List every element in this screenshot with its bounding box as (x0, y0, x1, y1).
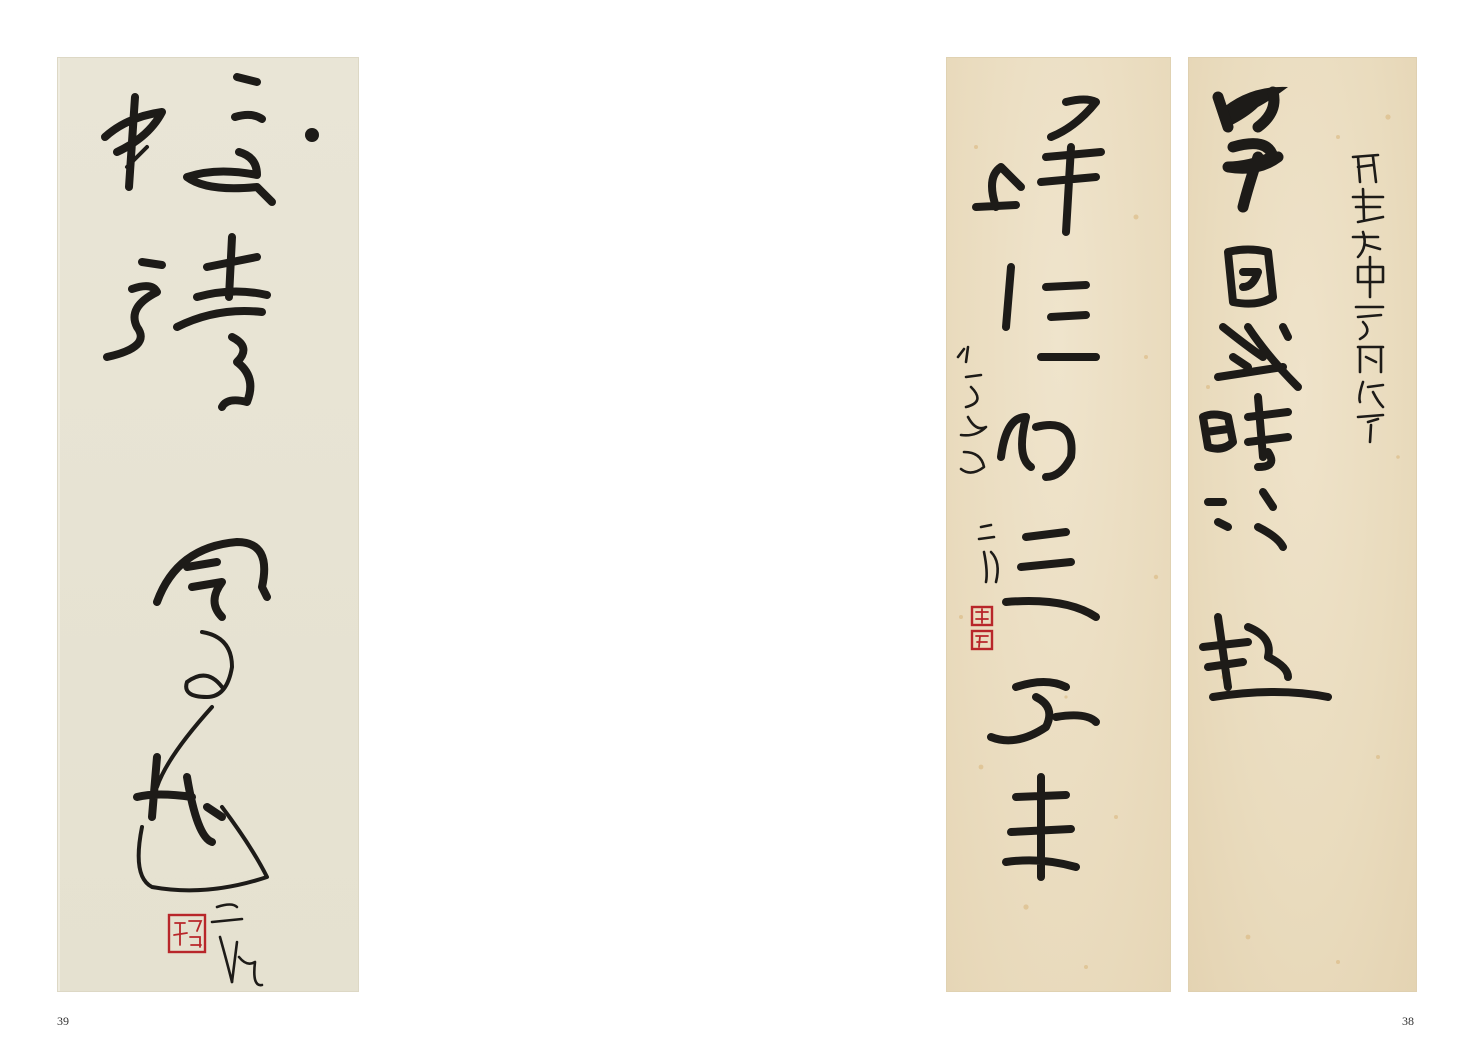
paper-foxing (1206, 95, 1400, 964)
red-seal-icon (169, 915, 205, 952)
calligraphy-couplet-right-scroll (1188, 57, 1417, 992)
calligraphy-couplet-left-scroll (946, 57, 1171, 992)
page-number-right: 38 (1402, 1014, 1414, 1029)
calligraphy-artwork (946, 57, 1171, 992)
red-seal-icon (972, 607, 992, 625)
red-seal-icon (972, 631, 992, 649)
paper-foxing (959, 145, 1158, 969)
calligraphy-artwork (1188, 57, 1417, 992)
calligraphy-scroll-left-page (57, 57, 359, 992)
calligraphy-artwork (57, 57, 359, 992)
page-number-left: 39 (57, 1014, 69, 1029)
book-spread: 39 (0, 0, 1474, 1049)
